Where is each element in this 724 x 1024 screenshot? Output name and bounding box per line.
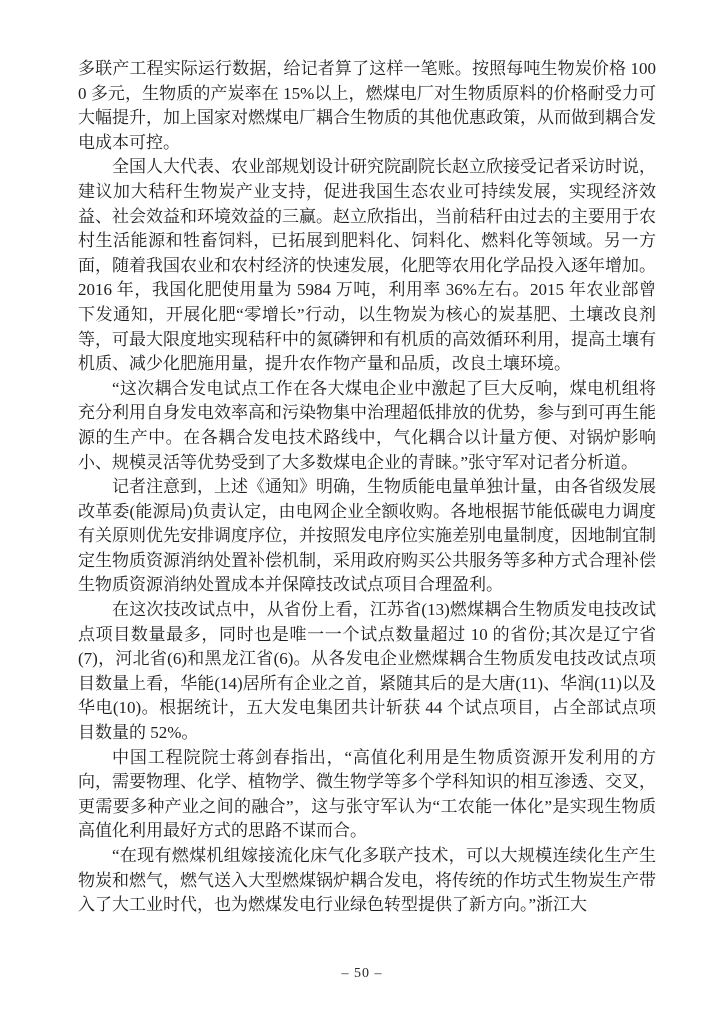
paragraph: “在现有燃煤机组嫁接流化床气化多联产技术，可以大规模连续化生产生物炭和燃气，燃气… bbox=[78, 844, 656, 918]
paragraph: 全国人大代表、农业部规划设计研究院副院长赵立欣接受记者采访时说，建议加大秸秆生物… bbox=[78, 155, 656, 376]
document-page: 多联产工程实际运行数据，给记者算了这样一笔账。按照每吨生物炭价格 1000 多元… bbox=[0, 0, 724, 1024]
paragraph: 多联产工程实际运行数据，给记者算了这样一笔账。按照每吨生物炭价格 1000 多元… bbox=[78, 57, 656, 155]
paragraph: 中国工程院院士蒋剑春指出，“高值化利用是生物质资源开发利用的方向，需要物理、化学… bbox=[78, 746, 656, 844]
page-body: 多联产工程实际运行数据，给记者算了这样一笔账。按照每吨生物炭价格 1000 多元… bbox=[78, 57, 656, 918]
paragraph: 在这次技改试点中，从省份上看，江苏省(13)燃煤耦合生物质发电技改试点项目数量最… bbox=[78, 598, 656, 746]
page-footer: – 50 – bbox=[0, 966, 724, 982]
page-number: – 50 – bbox=[342, 966, 383, 981]
paragraph: 记者注意到，上述《通知》明确，生物质能电量单独计量，由各省级发展改革委(能源局)… bbox=[78, 475, 656, 598]
paragraph: “这次耦合发电试点工作在各大煤电企业中激起了巨大反响，煤电机组将充分利用自身发电… bbox=[78, 377, 656, 475]
